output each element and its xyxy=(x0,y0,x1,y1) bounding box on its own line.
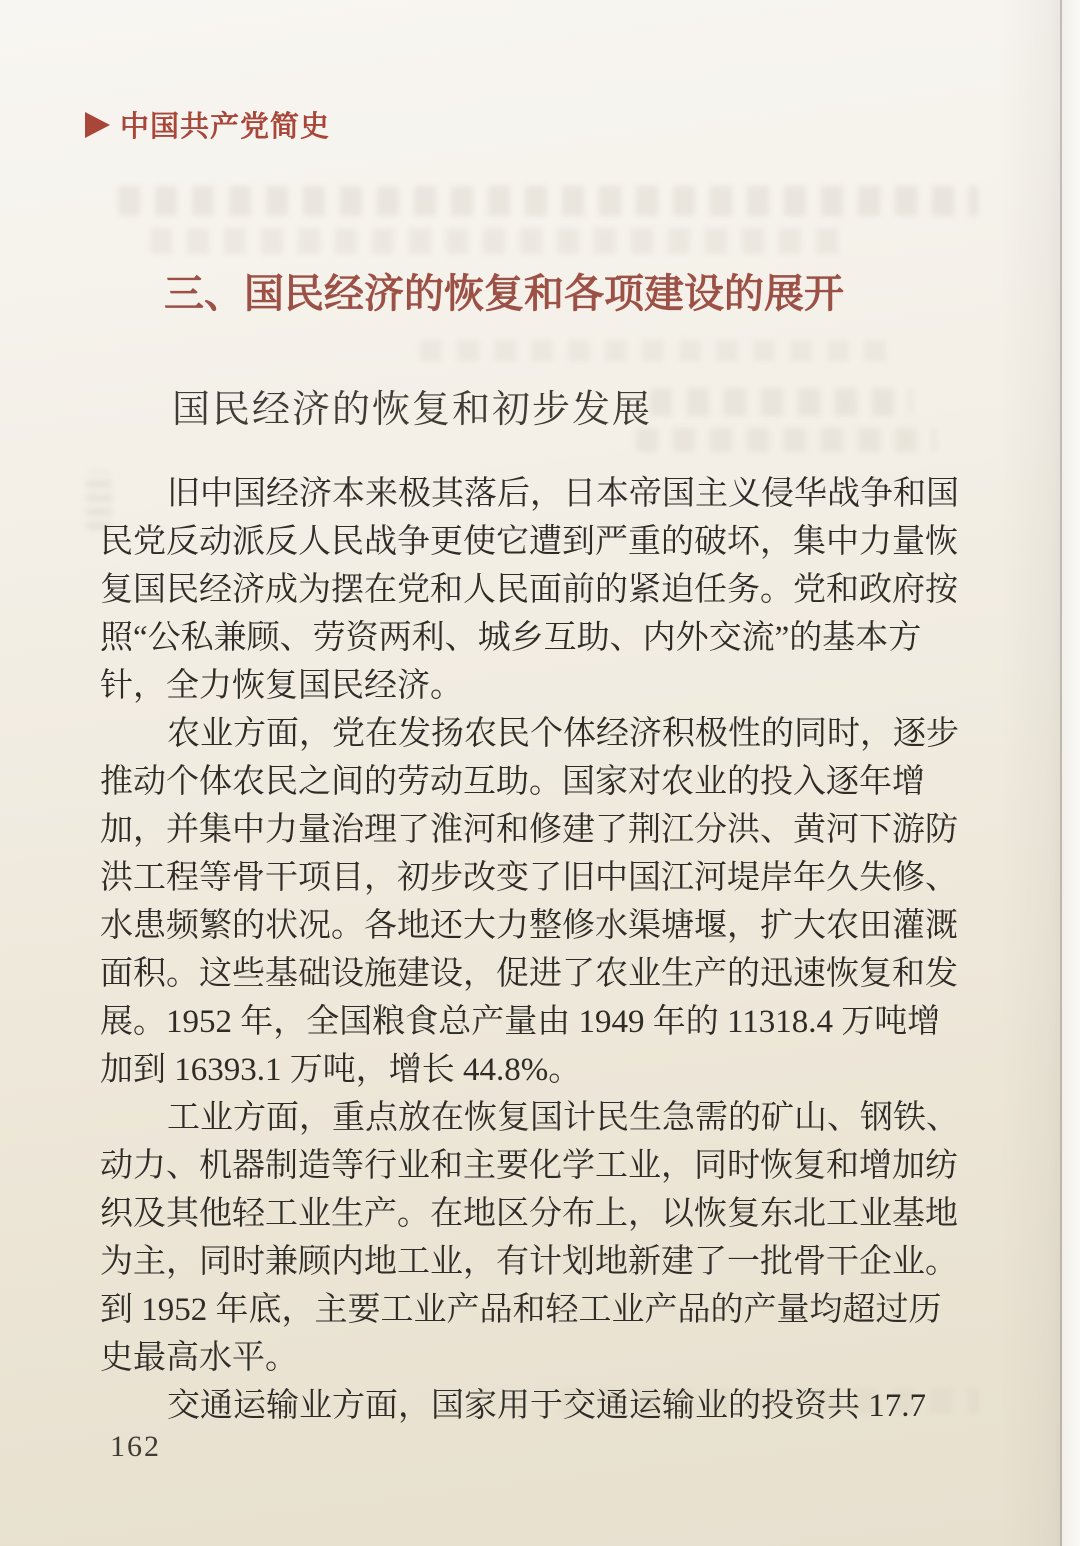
page-body: 旧中国经济本来极其落后，日本帝国主义侵华战争和国 民党反动派反人民战争更使它遭到… xyxy=(100,470,908,1430)
text-line: 织及其他轻工业生产。在地区分布上，以恢复东北工业基地 xyxy=(100,1190,908,1238)
text-line: 动力、机器制造等行业和主要化学工业，同时恢复和增加纺 xyxy=(100,1142,908,1190)
text-line: 为主，同时兼顾内地工业，有计划地新建了一批骨干企业。 xyxy=(100,1238,908,1286)
section-subtitle: 国民经济的恢复和初步发展 xyxy=(172,378,652,433)
paragraph: 工业方面，重点放在恢复国计民生急需的矿山、钢铁、 动力、机器制造等行业和主要化学… xyxy=(100,1094,908,1382)
bleed-through-smudge xyxy=(150,228,850,254)
section-title: 三、国民经济的恢复和各项建设的展开 xyxy=(100,262,908,319)
text-line: 到 1952 年底，主要工业产品和轻工业产品的产量均超过历 xyxy=(100,1286,908,1334)
text-line: 民党反动派反人民战争更使它遭到严重的破坏，集中力量恢 xyxy=(100,518,908,566)
bleed-through-smudge xyxy=(650,388,912,416)
text-line: 针，全力恢复国民经济。 xyxy=(100,662,908,710)
book-page: 中国共产党简史 三、国民经济的恢复和各项建设的展开 国民经济的恢复和初步发展 旧… xyxy=(0,0,1080,1546)
text-line: 展。1952 年，全国粮食总产量由 1949 年的 11318.4 万吨增 xyxy=(100,998,908,1046)
page-header: 中国共产党简史 xyxy=(85,104,330,145)
text-line: 洪工程等骨干项目，初步改变了旧中国江河堤岸年久失修、 xyxy=(100,854,908,902)
text-line: 推动个体农民之间的劳动互助。国家对农业的投入逐年增 xyxy=(100,758,908,806)
scan-background xyxy=(1062,0,1080,1546)
paragraph: 农业方面，党在发扬农民个体经济积极性的同时，逐步 推动个体农民之间的劳动互助。国… xyxy=(100,710,908,1094)
arrow-right-marker-icon xyxy=(85,112,110,138)
text-line: 加到 16393.1 万吨，增长 44.8%。 xyxy=(100,1046,908,1094)
paragraph: 旧中国经济本来极其落后，日本帝国主义侵华战争和国 民党反动派反人民战争更使它遭到… xyxy=(100,470,908,710)
text-line: 史最高水平。 xyxy=(100,1334,908,1382)
text-line: 农业方面，党在发扬农民个体经济积极性的同时，逐步 xyxy=(100,710,908,758)
text-line: 旧中国经济本来极其落后，日本帝国主义侵华战争和国 xyxy=(100,470,908,518)
text-line: 复国民经济成为摆在党和人民面前的紧迫任务。党和政府按 xyxy=(100,566,908,614)
paragraph: 交通运输业方面，国家用于交通运输业的投资共 17.7 xyxy=(100,1382,908,1430)
bleed-through-smudge xyxy=(420,340,890,362)
page-edge-shadow xyxy=(1000,0,1060,1546)
page-number: 162 xyxy=(110,1430,161,1464)
text-line: 水患频繁的状况。各地还大力整修水渠塘堰，扩大农田灌溉 xyxy=(100,902,908,950)
bleed-through-smudge xyxy=(118,186,978,216)
text-line: 工业方面，重点放在恢复国计民生急需的矿山、钢铁、 xyxy=(100,1094,908,1142)
text-line: 照“公私兼顾、劳资两利、城乡互助、内外交流”的基本方 xyxy=(100,614,908,662)
bleed-through-smudge xyxy=(636,428,936,452)
text-line: 加，并集中力量治理了淮河和修建了荆江分洪、黄河下游防 xyxy=(100,806,908,854)
text-line: 面积。这些基础设施建设，促进了农业生产的迅速恢复和发 xyxy=(100,950,908,998)
book-title: 中国共产党简史 xyxy=(120,104,330,145)
text-line: 交通运输业方面，国家用于交通运输业的投资共 17.7 xyxy=(100,1382,908,1430)
